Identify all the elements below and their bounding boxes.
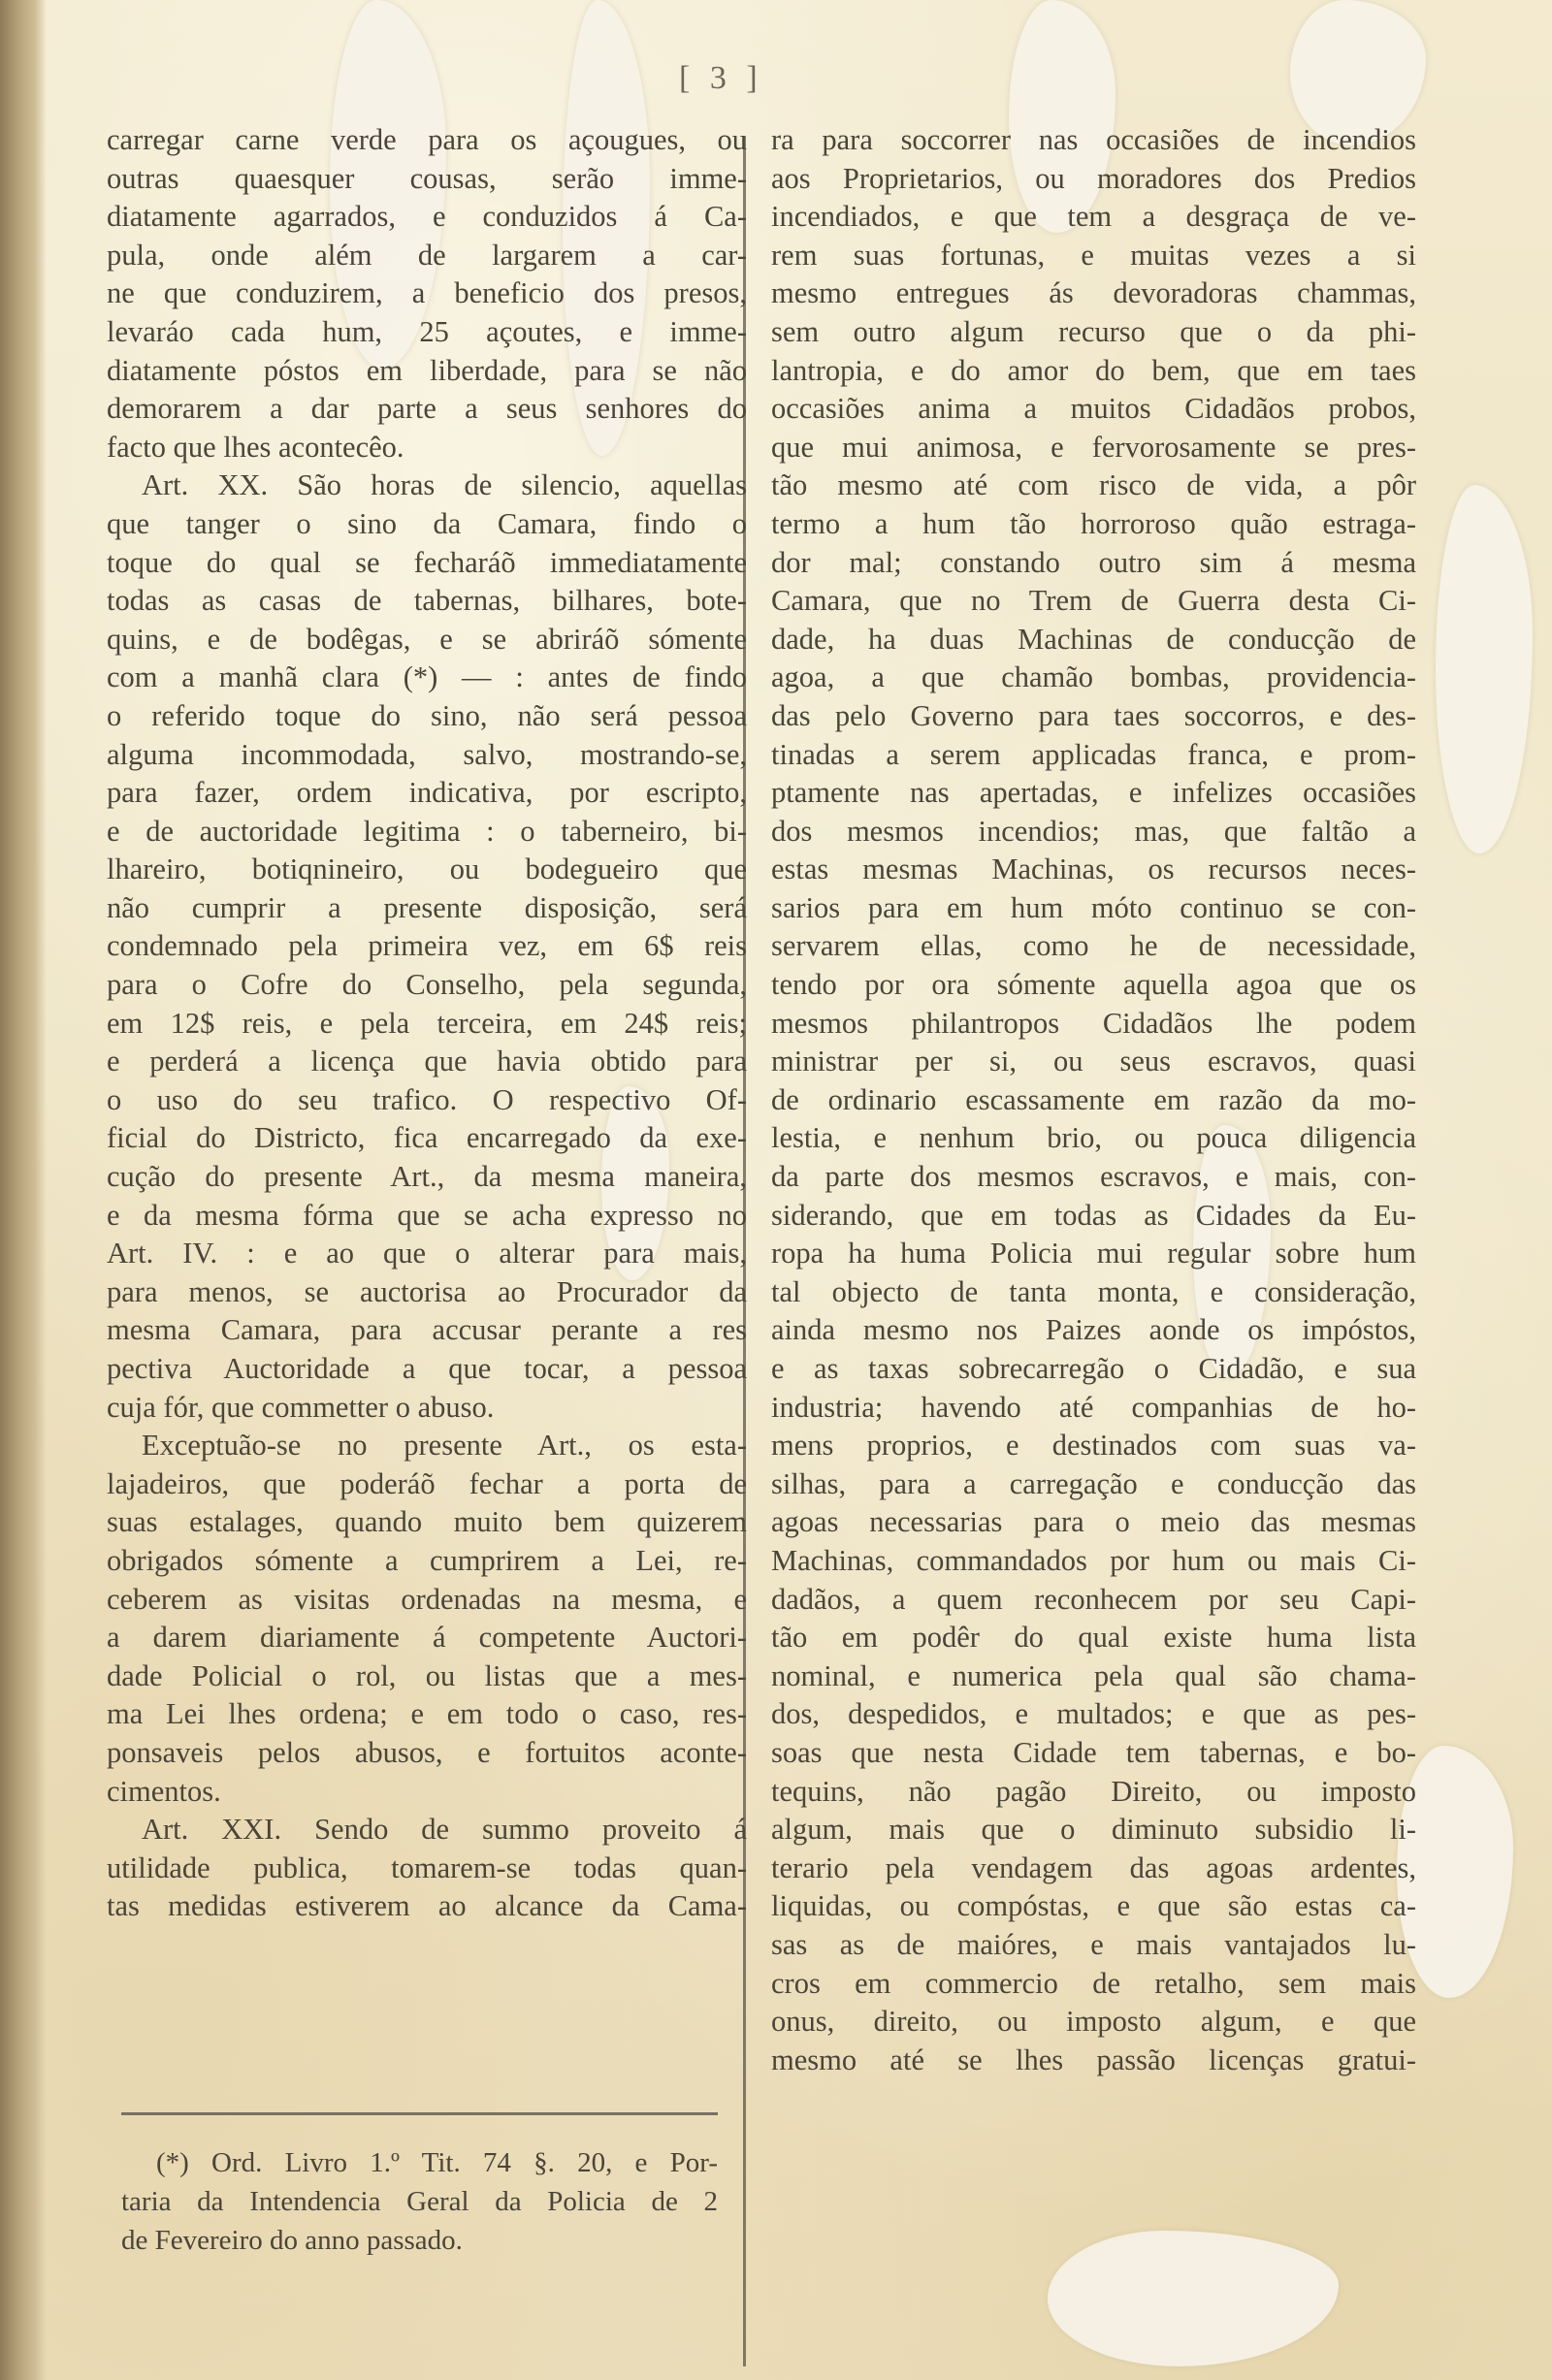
- text-line: quins, e de bodêgas, e se abriráõ sóment…: [107, 621, 747, 659]
- text-line: sarios para em hum móto continuo se con-: [771, 889, 1416, 928]
- text-line: lhareiro, botiqnineiro, ou bodegueiro qu…: [107, 851, 747, 889]
- text-line: que tanger o sino da Camara, findo o: [107, 505, 747, 544]
- text-line: não cumprir a presente disposição, será: [107, 889, 747, 928]
- text-line: tas medidas estiverem ao alcance da Cama…: [107, 1887, 747, 1926]
- text-line: levaráo cada hum, 25 açoutes, e imme-: [107, 313, 747, 352]
- text-line: diatamente agarrados, e conduzidos á Ca-: [107, 198, 747, 237]
- text-line: para menos, se auctorisa ao Procurador d…: [107, 1273, 747, 1312]
- text-line: dadãos, a quem reconhecem por seu Capi-: [771, 1581, 1416, 1620]
- text-line: nominal, e numerica pela qual são chama-: [771, 1657, 1416, 1696]
- text-line: tendo por ora sómente aquella agoa que o…: [771, 966, 1416, 1005]
- text-line: siderando, que em todas as Cidades da Eu…: [771, 1197, 1416, 1236]
- footnote-line: de Fevereiro do anno passado.: [121, 2221, 718, 2260]
- text-line: que mui animosa, e fervorosamente se pre…: [771, 429, 1416, 467]
- binding-edge: [0, 0, 47, 2380]
- text-line: dor mal; constando outro sim á mesma: [771, 544, 1416, 583]
- text-line: e as taxas sobrecarregão o Cidadão, e su…: [771, 1350, 1416, 1389]
- footnote-divider: [121, 2112, 718, 2115]
- text-line: sem outro algum recurso que o da phi-: [771, 313, 1416, 352]
- text-line: agoa, a que chamão bombas, providencia-: [771, 659, 1416, 697]
- text-line: da parte dos mesmos escravos, e mais, co…: [771, 1158, 1416, 1197]
- footnote-line: (*) Ord. Livro 1.º Tit. 74 §. 20, e Por-: [121, 2143, 718, 2182]
- text-line: dade, ha duas Machinas de conducção de: [771, 621, 1416, 659]
- text-line: cros em commercio de retalho, sem mais: [771, 1965, 1416, 2004]
- text-line: occasiões anima a muitos Cidadãos probos…: [771, 390, 1416, 429]
- text-line: diatamente póstos em liberdade, para se …: [107, 352, 747, 391]
- text-line: sas as de maióres, e mais vantajados lu-: [771, 1926, 1416, 1965]
- text-line: dos, despedidos, e multados; e que as pe…: [771, 1695, 1416, 1734]
- text-line: cução do presente Art., da mesma maneira…: [107, 1158, 747, 1197]
- text-line: soas que nesta Cidade tem tabernas, e bo…: [771, 1734, 1416, 1773]
- text-line: ne que conduzirem, a beneficio dos preso…: [107, 274, 747, 313]
- text-line: a darem diariamente á competente Auctori…: [107, 1619, 747, 1657]
- text-line: toque do qual se fecharáõ immediatamente: [107, 544, 747, 583]
- text-line: Camara, que no Trem de Guerra desta Ci-: [771, 582, 1416, 621]
- footnote-line: taria da Intendencia Geral da Policia de…: [121, 2182, 718, 2221]
- text-line: onus, direito, ou imposto algum, e que: [771, 2003, 1416, 2042]
- text-line: estas mesmas Machinas, os recursos neces…: [771, 851, 1416, 889]
- text-line: e de auctoridade legitima : o taberneiro…: [107, 813, 747, 852]
- text-line: todas as casas de tabernas, bilhares, bo…: [107, 582, 747, 621]
- text-line: tal objecto de tanta monta, e consideraç…: [771, 1273, 1416, 1312]
- text-line: algum, mais que o diminuto subsidio li-: [771, 1811, 1416, 1849]
- text-line: rem suas fortunas, e muitas vezes a si: [771, 237, 1416, 275]
- text-line: das pelo Governo para taes soccorros, e …: [771, 697, 1416, 736]
- text-line: liquidas, ou compóstas, e que são estas …: [771, 1887, 1416, 1926]
- text-line: ficial do Districto, fica encarregado da…: [107, 1119, 747, 1158]
- text-line: tão mesmo até com risco de vida, a pôr: [771, 466, 1416, 505]
- text-line: incendiados, e que tem a desgraça de ve-: [771, 198, 1416, 237]
- text-line: cimentos.: [107, 1773, 747, 1812]
- text-line: mesma Camara, para accusar perante a res: [107, 1311, 747, 1350]
- text-line: com a manhã clara (*) — : antes de findo: [107, 659, 747, 697]
- text-line: mesmos philantropos Cidadãos lhe podem: [771, 1005, 1416, 1044]
- right-column: ra para soccorrer nas occasiões de incen…: [771, 121, 1416, 2079]
- text-line: silhas, para a carregação e conducção da…: [771, 1465, 1416, 1504]
- article-heading-line: Art. XX. São horas de silencio, aquellas: [107, 466, 747, 505]
- text-line: ministrar per si, ou seus escravos, quas…: [771, 1043, 1416, 1081]
- text-line: Art. IV. : e ao que o alterar para mais,: [107, 1235, 747, 1273]
- text-line: de ordinario escassamente em razão da mo…: [771, 1081, 1416, 1120]
- text-line: ra para soccorrer nas occasiões de incen…: [771, 121, 1416, 160]
- page-number: [ 3 ]: [679, 60, 763, 97]
- text-line: em 12$ reis, e pela terceira, em 24$ rei…: [107, 1005, 747, 1044]
- text-line: mesmo até se lhes passão licenças gratui…: [771, 2042, 1416, 2080]
- text-line: utilidade publica, tomarem-se todas quan…: [107, 1849, 747, 1888]
- text-line: Exceptuão-se no presente Art., os esta-: [107, 1427, 747, 1465]
- text-line: mesmo entregues ás devoradoras chammas,: [771, 274, 1416, 313]
- text-line: ma Lei lhes ordena; e em todo o caso, re…: [107, 1695, 747, 1734]
- text-line: ptamente nas apertadas, e infelizes occa…: [771, 774, 1416, 813]
- text-line: industria; havendo até companhias de ho-: [771, 1389, 1416, 1428]
- article-heading-line: Art. XXI. Sendo de summo proveito á: [107, 1811, 747, 1849]
- text-line: termo a hum tão horroroso quão estraga-: [771, 505, 1416, 544]
- text-line: pectiva Auctoridade a que tocar, a pesso…: [107, 1350, 747, 1389]
- text-line: lestia, e nenhum brio, ou pouca diligenc…: [771, 1119, 1416, 1158]
- footnote: (*) Ord. Livro 1.º Tit. 74 §. 20, e Por-…: [121, 2143, 718, 2260]
- text-line: dade Policial o rol, ou listas que a mes…: [107, 1657, 747, 1696]
- text-line: mens proprios, e destinados com suas va-: [771, 1427, 1416, 1465]
- text-line: outras quaesquer cousas, serão imme-: [107, 160, 747, 199]
- text-line: cuja fór, que commetter o abuso.: [107, 1389, 747, 1428]
- text-line: terario pela vendagem das agoas ardentes…: [771, 1849, 1416, 1888]
- text-line: tequins, não pagão Direito, ou imposto: [771, 1773, 1416, 1812]
- text-line: Machinas, commandados por hum ou mais Ci…: [771, 1542, 1416, 1581]
- text-line: suas estalages, quando muito bem quizere…: [107, 1503, 747, 1542]
- text-line: pula, onde além de largarem a car-: [107, 237, 747, 275]
- text-line: tão em podêr do qual existe huma lista: [771, 1619, 1416, 1657]
- text-line: ropa ha huma Policia mui regular sobre h…: [771, 1235, 1416, 1273]
- text-line: tinadas a serem applicadas franca, e pro…: [771, 736, 1416, 775]
- text-line: lantropia, e do amor do bem, que em taes: [771, 352, 1416, 391]
- text-line: dos mesmos incendios; mas, que faltão a: [771, 813, 1416, 852]
- text-line: e da mesma fórma que se acha expresso no: [107, 1197, 747, 1236]
- text-line: para o Cofre do Conselho, pela segunda,: [107, 966, 747, 1005]
- text-line: para fazer, ordem indicativa, por escrip…: [107, 774, 747, 813]
- text-line: lajadeiros, que poderáõ fechar a porta d…: [107, 1465, 747, 1504]
- text-line: servarem ellas, como he de necessidade,: [771, 927, 1416, 966]
- text-line: e perderá a licença que havia obtido par…: [107, 1043, 747, 1081]
- text-line: facto que lhes acontecêo.: [107, 429, 747, 467]
- text-line: demorarem a dar parte a seus senhores do: [107, 390, 747, 429]
- text-line: condemnado pela primeira vez, em 6$ reis: [107, 927, 747, 966]
- text-line: o uso do seu trafico. O respectivo Of-: [107, 1081, 747, 1120]
- text-line: o referido toque do sino, não será pesso…: [107, 697, 747, 736]
- text-line: ponsaveis pelos abusos, e fortuitos acon…: [107, 1734, 747, 1773]
- text-line: carregar carne verde para os açougues, o…: [107, 121, 747, 160]
- text-line: ainda mesmo nos Paizes aonde os impóstos…: [771, 1311, 1416, 1350]
- text-line: agoas necessarias para o meio das mesmas: [771, 1503, 1416, 1542]
- text-line: ceberem as visitas ordenadas na mesma, e: [107, 1581, 747, 1620]
- text-line: alguma incommodada, salvo, mostrando-se,: [107, 736, 747, 775]
- text-line: obrigados sómente a cumprirem a Lei, re-: [107, 1542, 747, 1581]
- text-line: aos Proprietarios, ou moradores dos Pred…: [771, 160, 1416, 199]
- left-column: carregar carne verde para os açougues, o…: [107, 121, 747, 1926]
